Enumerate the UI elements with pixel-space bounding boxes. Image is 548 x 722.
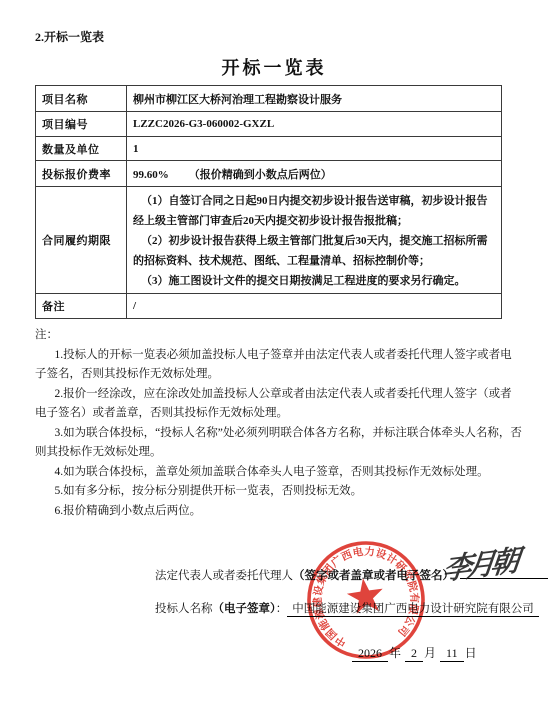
page-title: 开标一览表 <box>0 54 548 80</box>
table-row-quantity-unit: 数量及单位 1 <box>36 137 502 161</box>
row-label: 合同履约期限 <box>36 187 127 294</box>
table-row-remarks: 备注 / <box>36 294 502 319</box>
table-row-project-number: 项目编号 LZZC2026-G3-060002-GXZL <box>36 112 502 137</box>
row-value: 柳州市柳江区大桥河治理工程勘察设计服务 <box>127 86 502 112</box>
bid-rate-note: （报价精确到小数点后两位） <box>189 169 332 181</box>
row-label: 投标报价费率 <box>36 161 127 187</box>
colon: ： <box>276 603 288 615</box>
legal-rep-label: 法定代表人或者委托代理人 <box>155 570 293 582</box>
contract-term-paragraph: （3）施工图设计文件的提交日期按满足工程进度的要求另行确定。 <box>133 271 495 291</box>
row-value: / <box>127 294 502 319</box>
table-row-contract-term: 合同履约期限 （1）自签订合同之日起90日内提交初步设计报告送审稿，初步设计报告… <box>36 187 502 294</box>
stamp-star-icon <box>345 576 386 615</box>
bidder-label: 投标人名称 <box>155 603 213 615</box>
note-item: 6.报价精确到小数点后两位。 <box>35 502 522 522</box>
note-item: 4.如为联合体投标，盖章处须加盖联合体牵头人电子签章，否则其投标作无效标处理。 <box>35 463 522 483</box>
row-label: 项目编号 <box>36 112 127 137</box>
table-row-bid-rate: 投标报价费率 99.60%（报价精确到小数点后两位） <box>36 161 502 187</box>
note-item: 2.报价一经涂改，应在涂改处加盖投标人公章或者由法定代表人或者委托代理人签字（或… <box>35 385 522 424</box>
row-label: 数量及单位 <box>36 137 127 161</box>
bid-rate-value: 99.60% <box>133 169 169 181</box>
row-label: 项目名称 <box>36 86 127 112</box>
notes-section: 注： 1.投标人的开标一览表必须加盖投标人电子签章并由法定代表人或者委托代理人签… <box>35 326 522 521</box>
note-item: 5.如有多分标，按分标分别提供开标一览表，否则投标无效。 <box>35 482 522 502</box>
row-value: 1 <box>127 137 502 161</box>
row-label: 备注 <box>36 294 127 319</box>
note-item: 3.如为联合体投标，“投标人名称”处必须列明联合体各方名称，并标注联合体牵头人名… <box>35 424 522 463</box>
contract-term-paragraph: （2）初步设计报告获得上级主管部门批复后30天内，提交施工招标所需的招标资料、技… <box>133 231 495 271</box>
row-value: LZZC2026-G3-060002-GXZL <box>127 112 502 137</box>
date-day-unit: 日 <box>464 646 478 660</box>
note-item: 1.投标人的开标一览表必须加盖投标人电子签章并由法定代表人或者委托代理人签字或者… <box>35 346 522 385</box>
company-seal-stamp: 中国能源建设集团广西电力设计研究院有限公司 <box>295 529 437 671</box>
table-row-project-name: 项目名称 柳州市柳江区大桥河治理工程勘察设计服务 <box>36 86 502 112</box>
bidder-label-bold: （电子签章） <box>213 603 276 615</box>
section-label: 2.开标一览表 <box>35 28 104 45</box>
date-day: 11 <box>440 646 464 662</box>
notes-heading: 注： <box>35 326 522 346</box>
row-value: （1）自签订合同之日起90日内提交初步设计报告送审稿，初步设计报告经上级主管部门… <box>127 187 502 294</box>
contract-term-paragraph: （1）自签订合同之日起90日内提交初步设计报告送审稿，初步设计报告经上级主管部门… <box>133 191 495 231</box>
bid-opening-table: 项目名称 柳州市柳江区大桥河治理工程勘察设计服务 项目编号 LZZC2026-G… <box>35 85 502 319</box>
row-value: 99.60%（报价精确到小数点后两位） <box>127 161 502 187</box>
